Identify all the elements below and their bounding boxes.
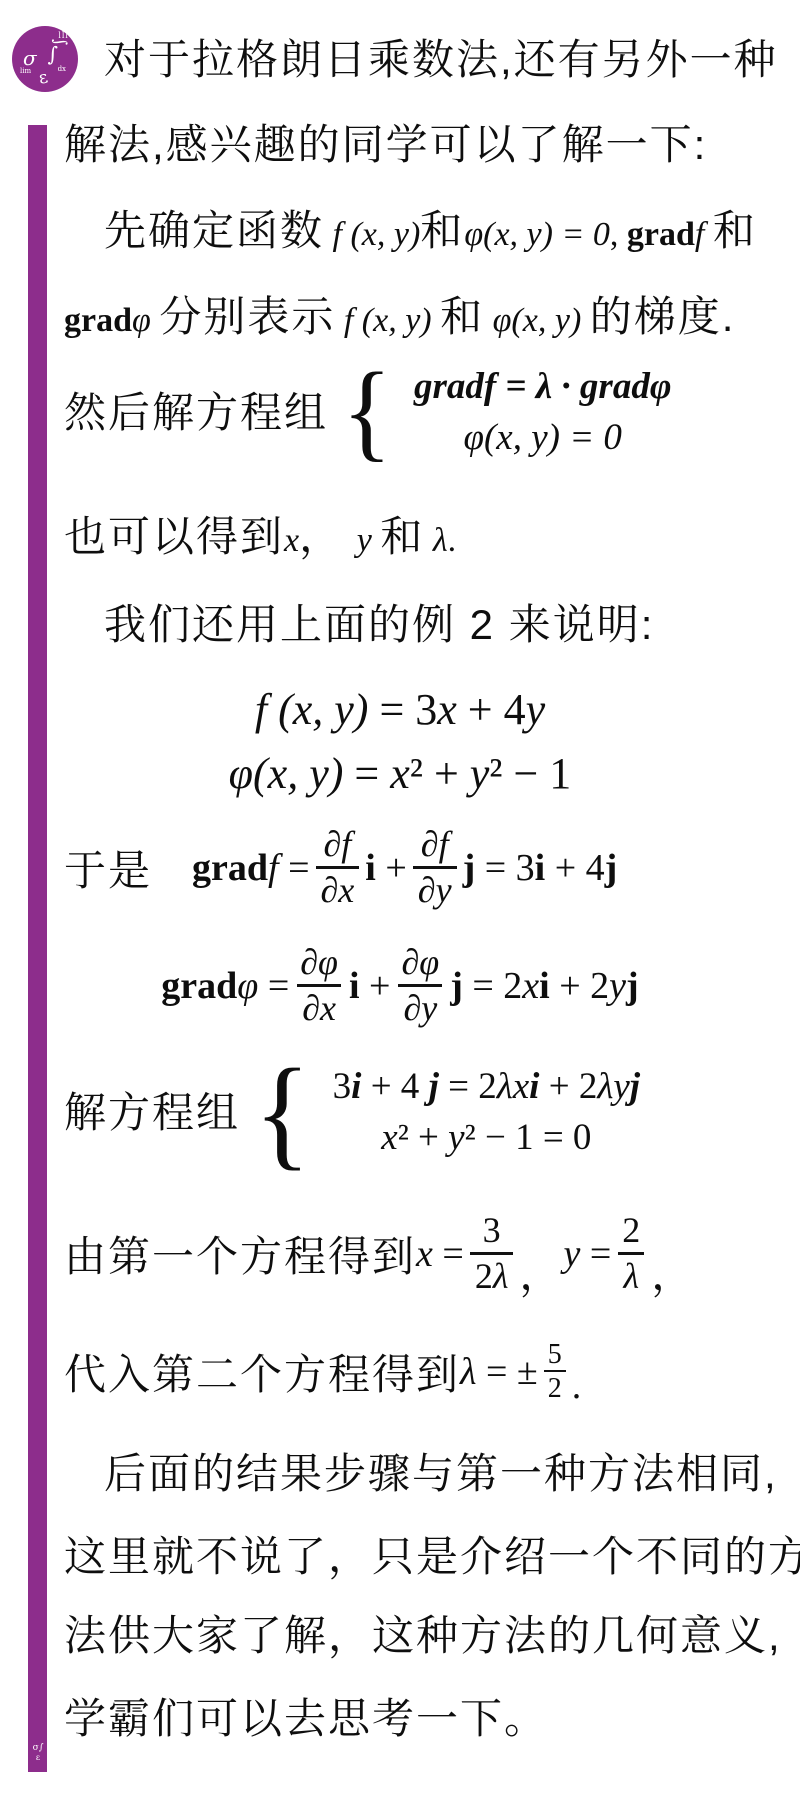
paragraph-5-line-4: 学霸们可以去思考一下。 — [64, 1695, 548, 1743]
paragraph-5-line-2: 这里就不说了，只是介绍一个不同的方 — [64, 1533, 800, 1581]
gradf-mid: i + — [365, 846, 407, 890]
equation-phi-definition: φ(x, y) = x² + y² − 1 — [0, 748, 800, 799]
system-2-equation-2: x² + y² − 1 = 0 — [381, 1118, 591, 1159]
gradphi-lhs: gradφ = — [161, 964, 289, 1008]
system-1-equation-1: gradf = λ · gradφ — [414, 367, 672, 408]
paragraph-5-line-3: 法供大家了解，这种方法的几何意义, — [64, 1612, 782, 1660]
system-1-label: 然后解方程组 — [64, 389, 328, 437]
math-face-logo-icon: lll ∫ σ lim ∫ dx ε — [12, 26, 78, 92]
equation-system-2: 解方程组 { 3i + 4 j = 2λxi + 2λyj x² + y² − … — [64, 1062, 640, 1163]
gradphi-rhs: j = 2xi + 2yj — [450, 964, 639, 1008]
x-equals: x = — [416, 1232, 464, 1276]
paragraph-3-line: 也可以得到x， y 和 λ. — [64, 513, 456, 561]
mini-logo-glyphs: σ∫ — [33, 1743, 44, 1753]
then-label: 于是 — [64, 838, 152, 898]
system-2-label: 解方程组 — [64, 1089, 240, 1137]
paragraph-2-line-1: 先确定函数 f (x, y)和φ(x, y) = 0, gradf 和 — [104, 207, 757, 255]
epsilon-glyph: ε — [37, 69, 49, 87]
equation-f-text: f (x, y) = 3x + 4y — [255, 684, 545, 735]
substitute-second-equation-line: 代入第二个方程得到 λ = ± 5 2 . — [64, 1340, 581, 1405]
gradphi-mid: i + — [349, 964, 391, 1008]
gradf-equation-line: 于是 gradf = ∂f ∂x i + ∂f ∂y j = 3i + 4j — [64, 826, 617, 910]
dx-label: dx — [58, 66, 66, 73]
partial-f-partial-y-fraction: ∂f ∂y — [413, 826, 457, 910]
paragraph-1-line-1: 对于拉格朗日乘数法,还有另外一种 — [104, 36, 778, 84]
integral-glyph: ∫ — [48, 44, 58, 64]
article-page: lll ∫ σ lim ∫ dx ε 对于拉格朗日乘数法,还有另外一种 解法,感… — [0, 0, 800, 1802]
equation-f-definition: f (x, y) = 3x + 4y — [0, 684, 800, 735]
partial-phi-partial-x-fraction: ∂φ ∂x — [295, 944, 343, 1028]
mini-logo-glyphs: ε — [25, 1754, 51, 1762]
paragraph-5-line-1: 后面的结果步骤与第一种方法相同, — [104, 1450, 778, 1498]
partial-phi-partial-y-fraction: ∂φ ∂y — [396, 944, 444, 1028]
gradf-rhs: j = 3i + 4j — [463, 846, 618, 890]
sigma-glyph: σ — [23, 48, 37, 68]
paragraph-1-line-2: 解法,感兴趣的同学可以了解一下: — [64, 121, 707, 169]
y-equals: y = — [563, 1232, 611, 1276]
from-first-equation-label: 由第一个方程得到 — [64, 1224, 416, 1284]
substitute-label: 代入第二个方程得到 — [64, 1342, 460, 1402]
partial-f-partial-x-fraction: ∂f ∂x — [316, 826, 360, 910]
lim-label: lim — [20, 68, 31, 75]
comma: ， — [651, 1254, 695, 1296]
system-2-equation-1: 3i + 4 j = 2λxi + 2λyj — [333, 1067, 640, 1108]
mini-logo-icon: σ∫ ε — [25, 1744, 51, 1762]
left-brace-glyph: { — [342, 366, 392, 459]
gradf-lhs: gradf = — [192, 846, 310, 890]
x-value-fraction: 3 2λ — [470, 1212, 514, 1296]
y-value-fraction: 2 λ — [617, 1212, 645, 1296]
system-1-equation-2: φ(x, y) = 0 — [463, 418, 621, 459]
comma: ， — [519, 1254, 563, 1296]
left-brace-glyph: { — [254, 1060, 311, 1165]
paragraph-2-line-2: gradφ 分别表示 f (x, y) 和 φ(x, y) 的梯度. — [64, 293, 735, 341]
period: . — [572, 1367, 582, 1405]
paragraph-4-line: 我们还用上面的例 2 来说明: — [104, 601, 654, 649]
lambda-equals: λ = ± — [460, 1350, 538, 1394]
lambda-value-fraction: 5 2 — [544, 1340, 566, 1405]
equation-phi-text: φ(x, y) = x² + y² − 1 — [229, 748, 572, 799]
gradphi-equation-line: gradφ = ∂φ ∂x i + ∂φ ∂y j = 2xi + 2yj — [0, 944, 800, 1028]
equation-system-1: 然后解方程组 { gradf = λ · gradφ φ(x, y) = 0 — [64, 362, 671, 463]
solve-first-equation-line: 由第一个方程得到 x = 3 2λ ， y = 2 λ ， — [64, 1212, 695, 1296]
